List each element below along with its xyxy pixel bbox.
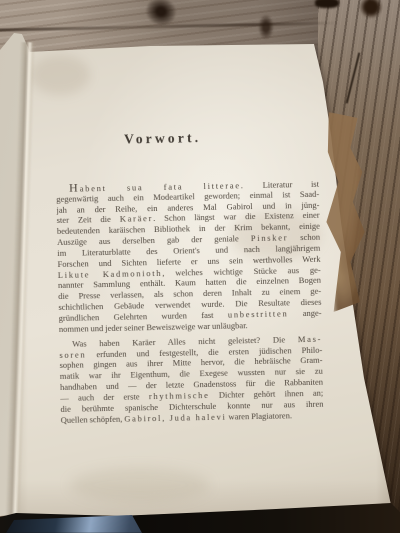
paper-stain — [30, 55, 90, 95]
text-segment: Gabirol, Juda halevi — [124, 411, 226, 423]
text-segment: H — [69, 180, 80, 193]
text-segment: unbestritten — [228, 308, 289, 319]
text-segment: Pinsker — [251, 232, 289, 243]
text-lines: Habent sua fata litterae.Literatur istge… — [56, 178, 324, 426]
text-segment: Karäer — [120, 213, 154, 224]
text-segment: soren — [59, 349, 86, 360]
text-segment: ange- — [288, 308, 321, 319]
paper-stain — [70, 468, 210, 502]
paragraph: Habent sua fata litterae.Literatur istge… — [56, 178, 322, 335]
text-segment: ster Zeit die — [57, 214, 120, 225]
text-segment: Mas- — [298, 333, 322, 343]
text-segment: — auch der erste — [60, 391, 149, 403]
text-segment: schon — [288, 232, 320, 243]
page-text-block: Vorwort. Habent sua fata litterae.Litera… — [55, 131, 324, 426]
paragraph: Was haben Karäer Alles nicht geleistet? … — [59, 333, 324, 425]
text-segment: rhythmische — [149, 390, 210, 401]
book-photo: Vorwort. Habent sua fata litterae.Litera… — [0, 0, 400, 533]
text-segment: waren Plagiatoren. — [226, 410, 292, 421]
page-title: Vorwort. — [124, 131, 318, 146]
text-segment: Quellen schöpfen, — [61, 413, 125, 424]
